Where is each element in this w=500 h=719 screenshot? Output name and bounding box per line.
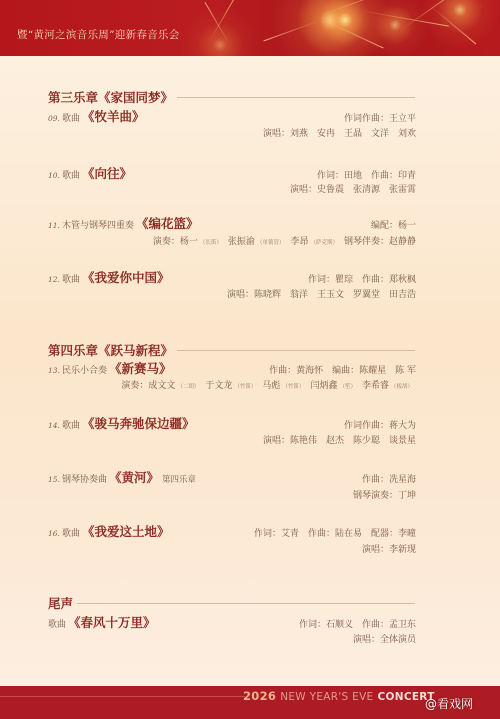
program-item: 09. 歌曲 《牧羊曲》 作词作曲：王立平 [48,107,416,125]
piano-accompanist: 钢琴伴奏：赵静静 [344,237,416,247]
program-item: 13. 民乐小合奏 《新赛马》 作曲：黄海怀 编曲：陈耀星 陈 军 [48,359,416,377]
song-title: 《牧羊曲》 [82,107,145,125]
item-genre: 歌曲 [62,168,80,181]
section-title: 尾声 [48,594,73,612]
performers: 演唱：史鲁震 张清源 张雷霄 [290,182,416,195]
item-credit: 作词：瞿琮 作曲：郑秋枫 [308,272,416,285]
item-credit: 作词：艾青 作曲：陆在易 配器：李曈 [254,526,416,539]
performer-name: 成文文 [148,381,175,391]
section-title: 第三乐章《家国同梦》 [48,88,173,106]
watermark: @看戏网 [425,695,473,712]
item-credit: 作词作曲：王立平 [344,111,416,124]
performers: 演奏：杨一（长笛）张振渝（单簧管）李昂（萨克斯）钢琴伴奏：赵静静 [153,234,416,247]
performers: 钢琴演奏：丁坤 [353,488,416,501]
item-credit: 作词作曲：蒋大为 [344,418,416,431]
section-title: 第四乐章《跃马新程》 [48,341,173,359]
program-item: 11. 木管与钢琴四重奏 《编花篮》 编配：杨一 [48,214,416,232]
item-number: 10. [48,171,58,180]
item-genre: 歌曲 [62,526,80,539]
divider [77,603,415,604]
performer-name: 马彪 [262,381,280,391]
instrument: （板胡） [391,384,413,390]
program-item: 15. 钢琴协奏曲 《黄河》 第四乐章 作曲：冼星海 [48,468,416,486]
header-banner: 暨“黄河之滨音乐周”迎新春音乐会 [0,0,500,56]
header-title: 暨“黄河之滨音乐周”迎新春音乐会 [17,27,180,42]
song-title: 《我爱这土地》 [82,522,170,540]
item-number: 11. [48,221,58,230]
song-title: 《编花篮》 [136,214,199,232]
performer-name: 李希睿 [362,381,389,391]
footer-year: 2026 [243,689,276,703]
instrument: （笙） [339,384,356,390]
song-title: 《春风十万里》 [68,613,156,631]
item-credit: 编配：杨一 [371,218,416,231]
footer-subtitle: NEW YEAR'S EVE [280,691,373,703]
instrument: （竹笛） [282,384,304,390]
item-credit: 作曲：冼星海 [362,472,416,485]
instrument: （萨克斯） [310,240,338,246]
program-item: 14. 歌曲 《骏马奔驰保边疆》 作词作曲：蒋大为 [48,414,416,432]
performers: 演唱：陈晓辉 翁洋 王玉文 罗翼堂 田吉浩 [227,287,416,300]
item-number: 16. [48,529,58,538]
item-genre: 钢琴协奏曲 [62,472,107,485]
item-genre: 歌曲 [48,617,66,630]
performers: 演唱：全体演员 [353,632,416,645]
item-number: 09. [48,114,58,123]
item-credit: 作曲：黄海怀 编曲：陈耀星 陈 军 [269,363,416,376]
song-title: 《我爱你中国》 [82,268,170,286]
item-genre: 木管与钢琴四重奏 [62,218,134,231]
instrument: （二胡） [177,384,199,390]
performer-name: 闫炳鑫 [310,381,337,391]
performer-name: 张振渝 [228,237,255,247]
item-number: 13. [48,366,58,375]
performer-name: 于文龙 [205,381,232,391]
performers-label: 演奏： [153,237,180,247]
performer-name: 杨一 [180,237,198,247]
item-genre: 歌曲 [62,111,80,124]
program-item: 10. 歌曲 《向往》 作词：田地 作曲：印青 [48,164,416,182]
program-item: 12. 歌曲 《我爱你中国》 作词：瞿琮 作曲：郑秋枫 [48,268,416,286]
performers: 演奏：成文文（二胡）于文龙（竹笛）马彪（竹笛）闫炳鑫（笙）李希睿（板胡） [121,378,416,391]
divider [177,350,415,351]
item-genre: 民乐小合奏 [62,363,107,376]
song-title: 《新赛马》 [109,359,172,377]
instrument: （单簧管） [257,240,285,246]
performers: 演唱：刘燕 安冉 王晶 文洋 刘欢 [263,126,416,139]
song-title: 《黄河》 [109,468,159,486]
item-genre: 歌曲 [62,272,80,285]
item-credit: 作词：田地 作曲：印青 [317,168,416,181]
song-title: 《骏马奔驰保边疆》 [82,414,195,432]
item-number: 15. [48,475,58,484]
section-header: 第三乐章《家国同梦》 [48,88,415,106]
song-title: 《向往》 [82,164,132,182]
item-number: 14. [48,421,58,430]
performers: 演唱：李新现 [362,542,416,555]
performers-label: 演奏： [121,381,148,391]
divider [177,97,415,98]
program-item: 歌曲 《春风十万里》 作词：石顺义 作曲：孟卫东 [48,613,416,631]
movement-suffix: 第四乐章 [162,473,196,485]
item-genre: 歌曲 [62,418,80,431]
program-item: 16. 歌曲 《我爱这土地》 作词：艾青 作曲：陆在易 配器：李曈 [48,522,416,540]
instrument: （竹笛） [234,384,256,390]
footer-title: 2026NEW YEAR'S EVECONCERT [243,689,435,703]
section-header: 第四乐章《跃马新程》 [48,341,415,359]
item-credit: 作词：石顺义 作曲：孟卫东 [299,617,416,630]
performers: 演唱：陈艳伟 赵杰 陈少聪 谈景星 [263,433,416,446]
instrument: （长笛） [200,240,222,246]
divider [0,696,245,697]
item-number: 12. [48,275,58,284]
section-header: 尾声 [48,594,415,612]
performer-name: 李昂 [290,237,308,247]
